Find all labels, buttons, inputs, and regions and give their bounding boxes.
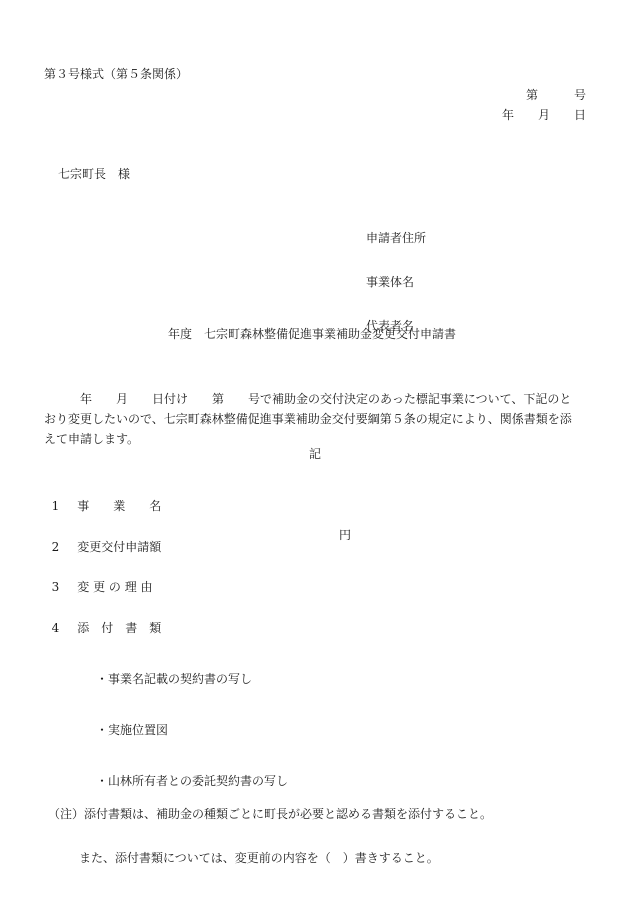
item-label: 変更交付申請額: [77, 540, 161, 554]
item-change-reason: 3変 更 の 理 由: [44, 569, 153, 593]
applicant-address-label: 申請者住所: [366, 232, 426, 252]
item-business-name: 1事 業 名: [44, 488, 161, 512]
note-line-1: （注）添付書類は、補助金の種類ごとに町長が必要と認める書類を添付すること。: [48, 808, 492, 828]
item-label: 変 更 の 理 由: [77, 580, 152, 594]
body-paragraph: 年 月 日付け 第 号で補助金の交付決定のあった標記事業について、下記のと おり…: [44, 389, 588, 449]
document-title: 年度 七宗町森林整備促進事業補助金変更交付申請書: [168, 328, 456, 340]
ki-heading: 記: [309, 448, 321, 460]
item-change-amount: 2変更交付申請額: [44, 529, 161, 553]
item-number: 3: [52, 580, 60, 594]
body-line-1: 年 月 日付け 第 号で補助金の交付決定のあった標記事業について、下記のと: [44, 389, 588, 409]
attachment-item: ・事業名記載の契約書の写し: [96, 673, 288, 700]
attachment-item: ・実施位置図: [96, 724, 288, 751]
body-line-2: おり変更したいので、七宗町森林整備促進事業補助金交付要綱第５条の規定により、関係…: [44, 409, 588, 429]
item-attachments: 4添 付 書 類: [44, 610, 161, 634]
note-line-2: また、添付書類については、変更前の内容を（ ）書きすること。: [48, 852, 492, 872]
item-label: 添 付 書 類: [77, 621, 161, 635]
business-name-label: 事業体名: [366, 276, 426, 296]
form-number: 第３号様式（第５条関係）: [44, 68, 188, 80]
addressee: 七宗町長 様: [58, 168, 130, 180]
item-number: 1: [52, 499, 60, 513]
item-number: 2: [52, 540, 60, 554]
note-block: （注）添付書類は、補助金の種類ごとに町長が必要と認める書類を添付すること。 また…: [48, 784, 492, 884]
document-number: 第 号: [526, 89, 586, 101]
item-label: 事 業 名: [77, 499, 161, 513]
item-number: 4: [52, 621, 60, 635]
body-line-3: えて申請します。: [44, 429, 588, 449]
yen-unit: 円: [339, 529, 351, 541]
document-date: 年 月 日: [502, 109, 586, 121]
